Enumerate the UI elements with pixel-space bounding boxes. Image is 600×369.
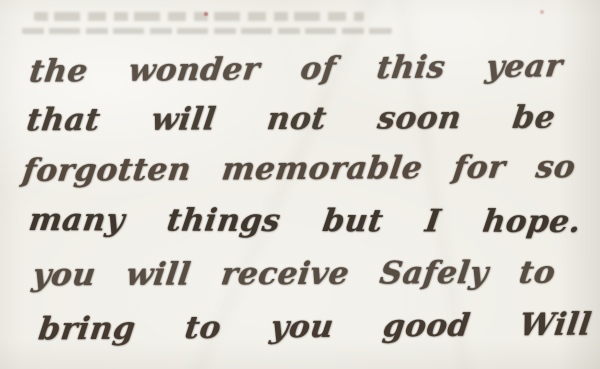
ink-speck	[540, 10, 544, 14]
letter-page: the wonder of this year that will not so…	[0, 0, 600, 369]
handwriting-line-6: bring to you good Will	[37, 310, 594, 346]
handwriting-line-4: many things but I hope.	[27, 205, 583, 238]
handwriting-line-2: that will not soon be	[25, 103, 558, 137]
handwriting-line-5: you will receive Safely to	[31, 258, 558, 292]
faint-letterhead-line-2	[22, 28, 392, 34]
faint-letterhead-line-1	[34, 12, 364, 21]
handwriting-line-1: the wonder of this year	[28, 51, 565, 88]
handwriting-line-3: forgotten memorable for so	[21, 152, 578, 187]
ink-speck	[204, 12, 208, 16]
